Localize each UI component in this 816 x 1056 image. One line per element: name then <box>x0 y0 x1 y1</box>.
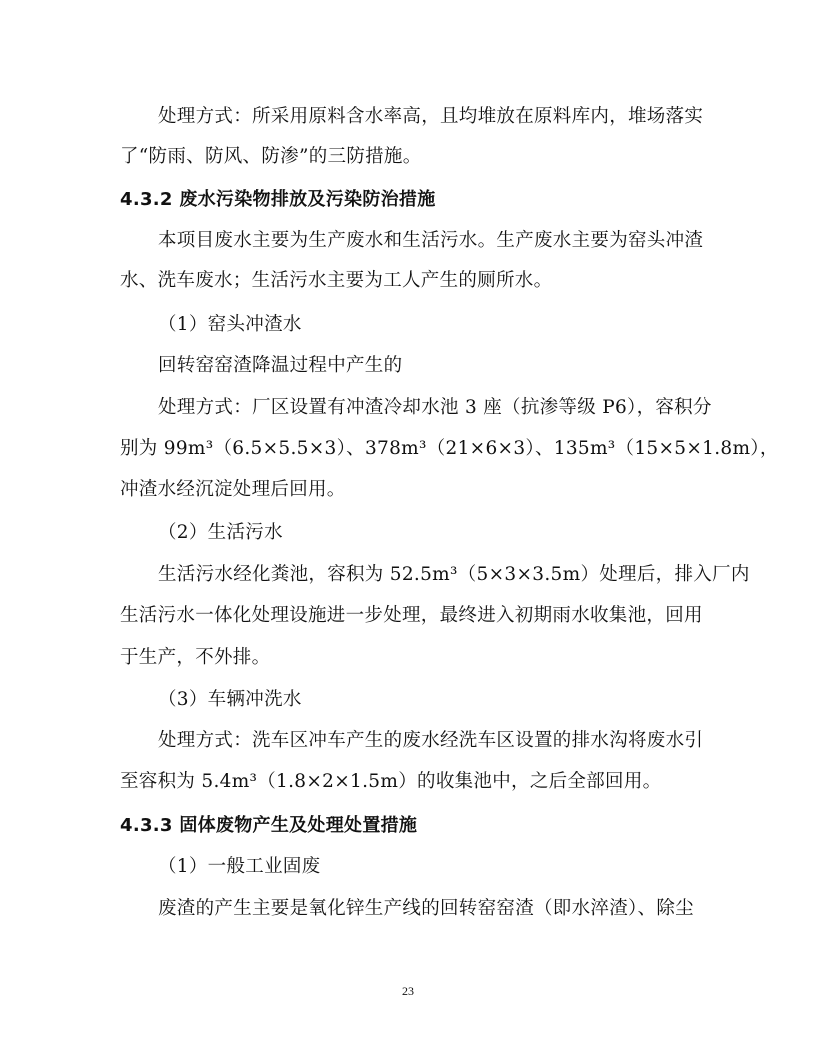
body-text-line: 了“防雨、防风、防渗”的三防措施。 <box>120 145 710 169</box>
body-text-line: 至容积为 5.4m³（1.8×2×1.5m）的收集池中，之后全部回用。 <box>120 770 710 794</box>
body-text-line: 废渣的产生主要是氧化锌生产线的回转窑窑渣（即水淬渣）、除尘 <box>158 897 748 921</box>
section-heading-4-3-3: 4.3.3 固体废物产生及处理处置措施 <box>120 814 710 838</box>
page-number: 23 <box>0 984 816 999</box>
body-text-line: 水、洗车废水；生活污水主要为工人产生的厕所水。 <box>120 269 710 293</box>
subsection-label: （2）生活污水 <box>158 521 748 545</box>
body-text-line: 生活污水一体化处理设施进一步处理，最终进入初期雨水收集池，回用 <box>120 604 710 628</box>
body-text-line: 处理方式：厂区设置有冲渣冷却水池 3 座（抗渗等级 P6），容积分 <box>158 396 748 420</box>
body-text-line: 处理方式：所采用原料含水率高，且均堆放在原料库内，堆场落实 <box>158 105 748 129</box>
subsection-label: （3）车辆冲洗水 <box>158 688 748 712</box>
document-page: 处理方式：所采用原料含水率高，且均堆放在原料库内，堆场落实 了“防雨、防风、防渗… <box>0 0 816 1056</box>
section-heading-4-3-2: 4.3.2 废水污染物排放及污染防治措施 <box>120 188 710 212</box>
subsection-label: （1）一般工业固废 <box>158 855 748 879</box>
body-text-line: 本项目废水主要为生产废水和生活污水。生产废水主要为窑头冲渣 <box>158 229 748 253</box>
body-text-line: 处理方式：洗车区冲车产生的废水经洗车区设置的排水沟将废水引 <box>158 729 748 753</box>
body-text-line: 生活污水经化粪池，容积为 52.5m³（5×3×3.5m）处理后，排入厂内 <box>158 563 748 587</box>
body-text-line: 于生产，不外排。 <box>120 646 710 670</box>
subsection-label: （1）窑头冲渣水 <box>158 313 748 337</box>
body-text-line: 冲渣水经沉淀处理后回用。 <box>120 478 710 502</box>
body-text-line: 回转窑窑渣降温过程中产生的 <box>158 354 748 378</box>
body-text-line: 别为 99m³（6.5×5.5×3）、378m³（21×6×3）、135m³（1… <box>120 437 710 461</box>
